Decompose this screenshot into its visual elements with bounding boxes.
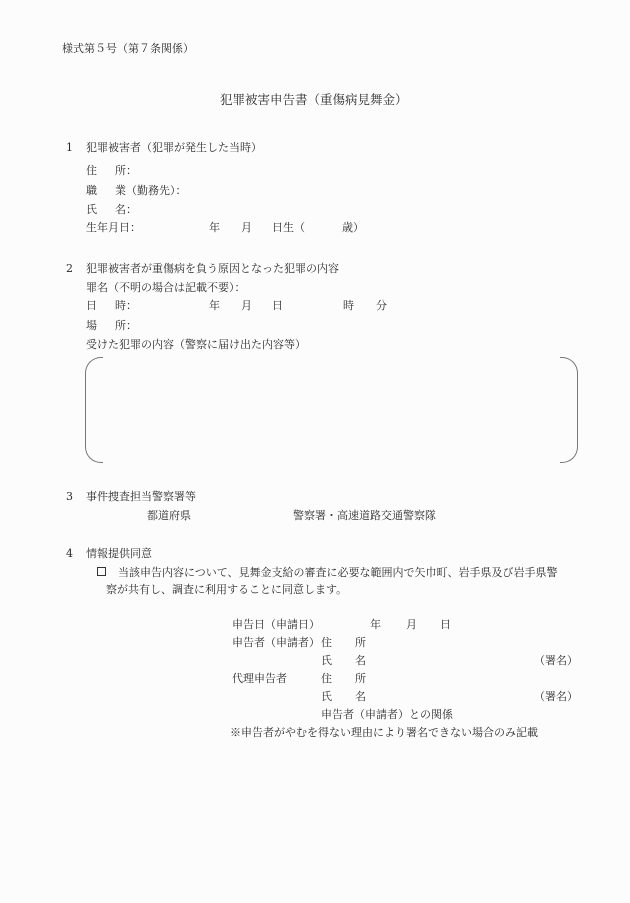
section1-number: 1 xyxy=(66,142,73,153)
dt-hour-unit: 時 xyxy=(343,300,354,311)
dt-minute-unit: 分 xyxy=(376,300,387,311)
address-label-a: 住 xyxy=(86,165,97,176)
application-date-label: 申告日（申請日） xyxy=(232,619,320,630)
name-label-a: 氏 xyxy=(86,204,97,215)
birth-year-unit: 年 xyxy=(209,222,220,233)
applicant-name-b: 名 xyxy=(355,655,366,666)
place-label-b: 所： xyxy=(115,320,137,331)
police-station-label: 警察署・高速道路交通警察隊 xyxy=(293,510,436,521)
section2-number: 2 xyxy=(66,263,73,274)
crime-content-field[interactable] xyxy=(85,357,578,463)
applicant-signature: （署名） xyxy=(534,655,578,666)
place-label-a: 場 xyxy=(86,320,97,331)
relationship-label: 申告者（申請者）との関係 xyxy=(321,709,453,720)
section2-heading: 犯罪被害者が重傷病を負う原因となった犯罪の内容 xyxy=(86,263,339,274)
applicant-name-a: 氏 xyxy=(321,655,332,666)
proxy-name-b: 名 xyxy=(355,691,366,702)
dt-day-unit: 日 xyxy=(272,300,283,311)
applicant-address-b: 所 xyxy=(355,637,366,648)
prefecture-label: 都道府県 xyxy=(147,510,191,521)
address-label-b: 所： xyxy=(115,165,137,176)
name-label-b: 名： xyxy=(115,204,137,215)
proxy-address-b: 所 xyxy=(355,673,366,684)
section3-number: 3 xyxy=(66,491,73,502)
applicant-label: 申告者（申請者） xyxy=(232,637,320,648)
birth-month-unit: 月 xyxy=(241,222,252,233)
dt-year-unit: 年 xyxy=(209,300,220,311)
proxy-label: 代理申告者 xyxy=(232,673,287,684)
section1-heading: 犯罪被害者（犯罪が発生した当時） xyxy=(86,142,262,153)
consent-checkbox[interactable] xyxy=(97,567,106,576)
age-unit: 歳） xyxy=(342,222,364,233)
occupation-label-b: 業（勤務先）： xyxy=(115,185,187,196)
datetime-label-a: 日 xyxy=(86,300,97,311)
left-bracket xyxy=(85,357,103,463)
application-month-unit: 月 xyxy=(406,619,417,630)
consent-text-line2: 察が共有し、調査に利用することに同意します。 xyxy=(106,584,347,595)
section4-heading: 情報提供同意 xyxy=(86,548,152,559)
consent-text-line1: 当該申告内容について、見舞金支給の審査に必要な範囲内で矢巾町、岩手県及び岩手県警 xyxy=(118,567,558,578)
application-year-unit: 年 xyxy=(370,619,381,630)
crime-content-label: 受けた犯罪の内容（警察に届け出た内容等） xyxy=(86,339,306,350)
applicant-address-a: 住 xyxy=(321,637,332,648)
dt-month-unit: 月 xyxy=(241,300,252,311)
page-title: 犯罪被害申告書（重傷病見舞金） xyxy=(220,94,408,107)
proxy-signature: （署名） xyxy=(534,691,578,702)
birthdate-label: 生年月日： xyxy=(86,222,141,233)
datetime-label-b: 時： xyxy=(115,300,137,311)
form-number: 様式第５号（第７条関係） xyxy=(62,43,194,54)
section3-heading: 事件捜査担当警察署等 xyxy=(86,491,196,502)
section4-number: 4 xyxy=(66,548,73,559)
proxy-name-a: 氏 xyxy=(321,691,332,702)
right-bracket xyxy=(560,357,578,463)
signature-note: ※申告者がやむを得ない理由により署名できない場合のみ記載 xyxy=(230,727,538,738)
crime-name-label: 罪名（不明の場合は記載不要）： xyxy=(86,282,246,293)
application-day-unit: 日 xyxy=(440,619,451,630)
occupation-label-a: 職 xyxy=(86,185,97,196)
proxy-address-a: 住 xyxy=(321,673,332,684)
birth-day-unit: 日生（ xyxy=(272,222,305,233)
